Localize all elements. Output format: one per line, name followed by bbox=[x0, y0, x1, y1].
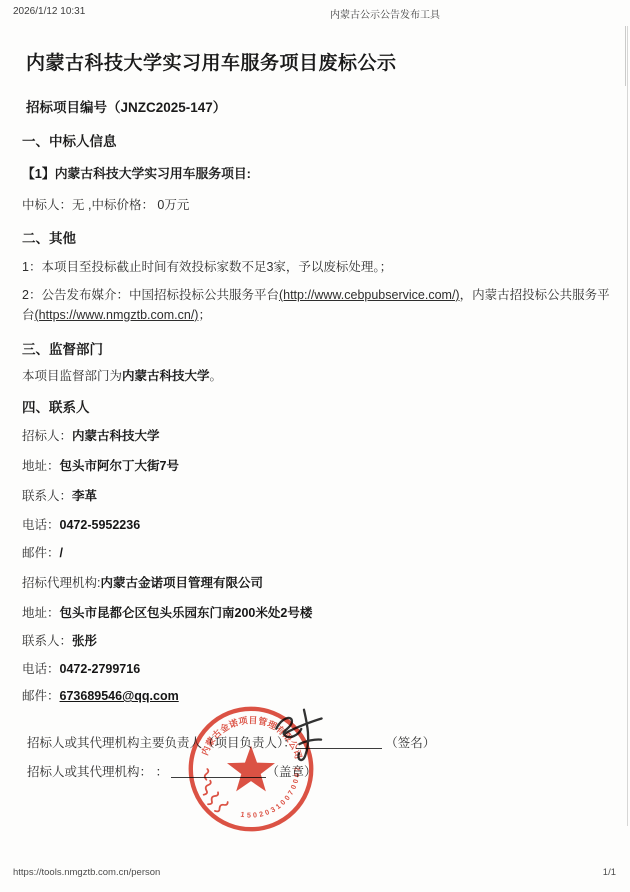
section2-item1: 1：本项目至投标截止时间有效投标家数不足3家，予以废标处理。； bbox=[22, 257, 392, 275]
printed-announcement-page: 2026/1/12 10:31 内蒙古公示公告发布工具 内蒙古科技大学实习用车服… bbox=[0, 0, 630, 892]
contact-label: 邮件： bbox=[22, 689, 60, 703]
contact-label: 联系人： bbox=[22, 634, 72, 648]
document-title: 内蒙古科技大学实习用车服务项目废标公示 bbox=[26, 48, 397, 75]
contact-label: 招标代理机构: bbox=[22, 576, 100, 590]
contact-row: 邮件：673689546@qq.com bbox=[22, 686, 179, 704]
supervision-department: 内蒙古科技大学 bbox=[122, 369, 210, 383]
tenderer-name: 内蒙古科技大学 bbox=[72, 429, 160, 443]
contact-row: 电话：0472-2799716 bbox=[22, 659, 140, 677]
seal-mongolian-script bbox=[202, 769, 228, 813]
print-footer-url: https://tools.nmgztb.com.cn/person bbox=[13, 867, 160, 878]
supervision-prefix: 本项目监督部门为 bbox=[22, 369, 122, 383]
contact-label: 电话： bbox=[22, 518, 60, 532]
contact-label: 联系人： bbox=[22, 489, 72, 503]
contact-label: 地址： bbox=[22, 459, 60, 473]
contact-label: 电话： bbox=[22, 662, 60, 676]
section1-item-heading: 【1】内蒙古科技大学实习用车服务项目: bbox=[22, 163, 251, 182]
project-number: 招标项目编号（JNZC2025-147） bbox=[26, 96, 226, 116]
tenderer-address: 包头市阿尔丁大街7号 bbox=[60, 459, 179, 473]
agency-name: 内蒙古金诺项目管理有限公司 bbox=[100, 576, 263, 590]
contact-row: 地址：包头市阿尔丁大街7号 bbox=[22, 456, 179, 474]
section4-heading: 四、联系人 bbox=[22, 396, 90, 416]
agency-contact-person: 张彤 bbox=[72, 634, 97, 648]
contact-row: 电话：0472-5952236 bbox=[22, 515, 140, 533]
scan-edge-artifact bbox=[627, 26, 629, 826]
contact-row: 联系人：李革 bbox=[22, 486, 97, 504]
contact-label: 地址： bbox=[22, 606, 60, 620]
contact-row: 地址：包头市昆都仑区包头乐园东门南200米处2号楼 bbox=[22, 603, 312, 621]
tenderer-contact-person: 李革 bbox=[72, 489, 97, 503]
section2-item2: 2：公告发布媒介：中国招标投标公共服务平台(http://www.cebpubs… bbox=[22, 285, 614, 325]
tenderer-phone: 0472-5952236 bbox=[60, 518, 141, 532]
section3-heading: 三、监督部门 bbox=[22, 338, 103, 358]
agency-phone: 0472-2799716 bbox=[60, 662, 141, 676]
signature-line-suffix: （签名） bbox=[385, 736, 435, 750]
section1-heading: 一、中标人信息 bbox=[22, 130, 117, 150]
agency-email-link[interactable]: 673689546@qq.com bbox=[60, 689, 179, 703]
print-footer-page-number: 1/1 bbox=[603, 867, 616, 878]
nmgztb-link[interactable]: (https://www.nmgztb.com.cn/) bbox=[35, 308, 199, 322]
contact-row: 招标代理机构:内蒙古金诺项目管理有限公司 bbox=[22, 573, 263, 591]
section2-heading: 二、其他 bbox=[22, 227, 76, 247]
seal-line-label: 招标人或其代理机构： ： bbox=[27, 765, 168, 779]
supervision-line: 本项目监督部门为内蒙古科技大学。 bbox=[22, 366, 222, 384]
handwritten-signature bbox=[267, 705, 335, 773]
scan-edge-artifact bbox=[625, 26, 626, 86]
seal-star-icon bbox=[227, 746, 275, 792]
print-header-datetime: 2026/1/12 10:31 bbox=[13, 6, 85, 17]
contact-row: 招标人：内蒙古科技大学 bbox=[22, 426, 160, 444]
media-text-suffix: ； bbox=[198, 308, 211, 322]
winner-info-line: 中标人：无 ,中标价格： 0万元 bbox=[22, 195, 189, 213]
contact-label: 招标人： bbox=[22, 429, 72, 443]
contact-row: 邮件：/ bbox=[22, 543, 63, 561]
tenderer-email: / bbox=[60, 546, 63, 560]
supervision-suffix: 。 bbox=[210, 369, 223, 383]
contact-row: 联系人：张彤 bbox=[22, 631, 97, 649]
media-text-prefix: 2：公告发布媒介：中国招标投标公共服务平台 bbox=[22, 288, 279, 302]
contact-label: 邮件： bbox=[22, 546, 60, 560]
cebpubservice-link[interactable]: (http://www.cebpubservice.com/) bbox=[279, 288, 460, 302]
print-header-app-title: 内蒙古公示公告发布工具 bbox=[330, 6, 440, 21]
agency-address: 包头市昆都仑区包头乐园东门南200米处2号楼 bbox=[60, 606, 313, 620]
